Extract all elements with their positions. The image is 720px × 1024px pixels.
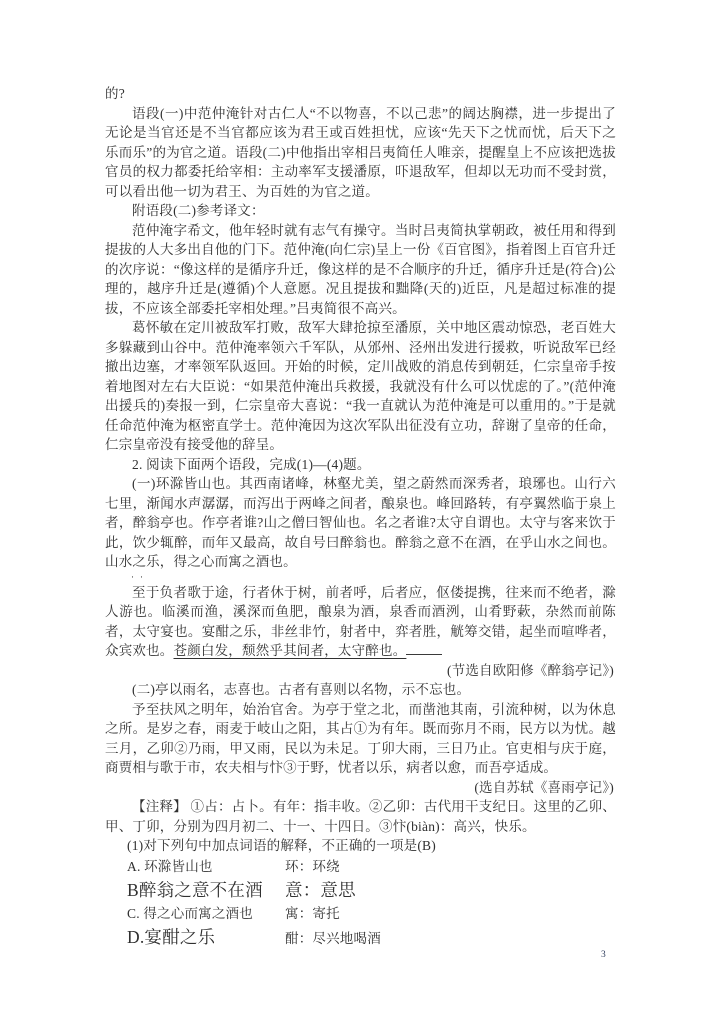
document-page: 的? 语段(一)中范仲淹针对古仁人“不以物喜，不以己悲”的阔达胸襟，进一步提出了… bbox=[0, 0, 720, 1024]
question-2-intro: 2. 阅读下面两个语段，完成(1)—(4)题。 bbox=[105, 455, 616, 475]
option-d-row: D.宴酣之乐 酣：尽兴地喝酒 bbox=[127, 925, 616, 950]
answer-options: A. 环滁皆山也 环：环绕 B醉翁之意不在酒 意：意思 C. 得之心而寓之酒也 … bbox=[105, 856, 616, 950]
passage-2-source: (选自苏轼《喜雨亭记》) bbox=[105, 778, 616, 798]
analysis-paragraph: 语段(一)中范仲淹针对古仁人“不以物喜，不以己悲”的阔达胸襟，进一步提出了无论是… bbox=[105, 104, 616, 202]
translation-heading: 附语段(二)参考译文： bbox=[105, 201, 616, 221]
option-c-gloss: 寓：寄托 bbox=[285, 903, 616, 925]
sub-question-1: (1)对下列句中加点词语的解释，不正确的一项是(B) bbox=[105, 836, 616, 856]
option-a-row: A. 环滁皆山也 环：环绕 bbox=[127, 856, 616, 878]
emphasis-dots: ·· bbox=[105, 572, 616, 583]
option-c-row: C. 得之心而寓之酒也 寓：寄托 bbox=[127, 903, 616, 925]
underline-extension bbox=[406, 642, 442, 655]
footnotes: 【注释】 ①占：占卜。有年：指丰收。②乙卯：古代用干支纪日。这里的乙卯、甲、丁卯… bbox=[105, 797, 616, 836]
option-c-phrase: C. 得之心而寓之酒也 bbox=[127, 903, 285, 925]
option-b-row: B醉翁之意不在酒 意：意思 bbox=[127, 878, 616, 903]
passage-1-paragraph-2: 至于负者歌于途，行者休于树，前者呼，后者应，伛偻提携，往来而不绝者，滁人游也。临… bbox=[105, 583, 616, 661]
page-content: 的? 语段(一)中范仲淹针对古仁人“不以物喜，不以己悲”的阔达胸襟，进一步提出了… bbox=[105, 84, 616, 950]
passage-2-paragraph-2: 予至扶风之明年，始治官舍。为亭于堂之北，而凿池其南，引流种树，以为休息之所。是岁… bbox=[105, 700, 616, 778]
page-number: 3 bbox=[601, 949, 606, 961]
option-a-phrase: A. 环滁皆山也 bbox=[127, 856, 285, 878]
passage-2-paragraph-1: (二)亭以雨名，志喜也。古者有喜则以名物，示不忘也。 bbox=[105, 680, 616, 700]
underlined-sentence: 苍颜白发，颓然乎其间者，太守醉也。 bbox=[174, 643, 407, 658]
translation-paragraph-1: 范仲淹字希文，他年轻时就有志气有操守。当时吕夷简执掌朝政，被任用和得到提拔的人大… bbox=[105, 221, 616, 319]
option-b-gloss: 意：意思 bbox=[285, 878, 616, 903]
passage-1-source: (节选自欧阳修《醉翁亭记》) bbox=[105, 661, 616, 681]
passage-1-paragraph-1: (一)环滁皆山也。其西南诸峰，林壑尤美，望之蔚然而深秀者，琅琊也。山行六七里，渐… bbox=[105, 474, 616, 572]
option-d-phrase: D.宴酣之乐 bbox=[127, 925, 285, 950]
option-a-gloss: 环：环绕 bbox=[285, 856, 616, 878]
option-b-phrase: B醉翁之意不在酒 bbox=[127, 878, 285, 903]
translation-paragraph-2: 葛怀敏在定川被敌军打败，敌军大肆抢掠至潘原，关中地区震动惊恐，老百姓大多躲藏到山… bbox=[105, 318, 616, 455]
option-d-gloss: 酣：尽兴地喝酒 bbox=[285, 928, 616, 950]
carryover-line: 的? bbox=[105, 84, 616, 104]
